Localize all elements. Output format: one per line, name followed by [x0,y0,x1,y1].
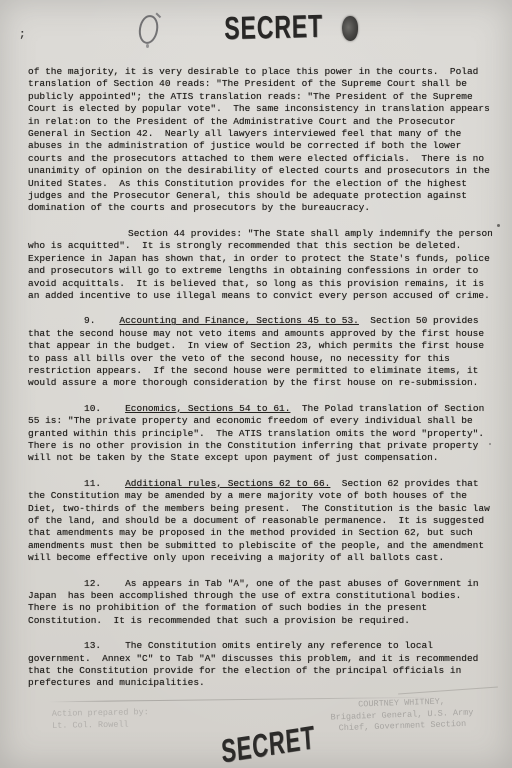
paragraph: of the majority, it is very desirable to… [28,66,494,215]
handwritten-dot-mark [146,44,149,48]
paragraph-heading: Accounting and Finance, Sections 45 to 5… [119,315,358,326]
handwritten-zero-mark [137,14,160,46]
ink-speck [489,443,491,445]
paragraph-number: 12. [84,578,125,589]
paragraph: 10.Economics, Sections 54 to 61. The Pol… [28,403,494,465]
paragraph-text: Section 44 provides: "The State shall am… [28,228,499,301]
ink-blob-mark [342,16,358,41]
paragraph: 13.The Constitution omits entirely any r… [28,640,494,690]
paragraph-text: Section 62 provides that the Constitutio… [28,478,495,563]
paragraph-text: of the majority, it is very desirable to… [28,66,495,213]
ink-speck [497,224,500,227]
paragraph: Section 44 provides: "The State shall am… [28,228,494,302]
ghost-preparer-block: Action prepared by:Lt. Col. Rowell [52,707,149,732]
paragraph-number: 13. [84,640,125,651]
stray-pen-mark: ; [19,29,26,41]
paragraph-heading: Economics, Sections 54 to 61. [125,403,290,414]
paragraph: 12.As appears in Tab "A", one of the pas… [28,578,494,628]
paragraph-heading: Additional rules, Sections 62 to 66. [125,478,330,489]
secret-stamp-top: SECRET [224,9,323,49]
ghost-text-line: Lt. Col. Rowell [52,719,149,732]
ghost-text-line: Action prepared by: [52,707,149,720]
document-body: of the majority, it is very desirable to… [28,66,494,703]
scanned-document-page: ; SECRET of the majority, it is very des… [0,0,512,768]
paragraph-number: 9. [84,315,119,326]
paragraph-number: 11. [84,478,125,489]
paragraph: 11.Additional rules, Sections 62 to 66. … [28,478,494,565]
paragraph-number: 10. [84,403,125,414]
paragraph: 9.Accounting and Finance, Sections 45 to… [28,315,494,389]
ghost-signature-block: COURTNEY WHITNEY,Brigadier General, U.S.… [321,695,482,735]
secret-stamp-bottom: SECRET [220,718,316,768]
